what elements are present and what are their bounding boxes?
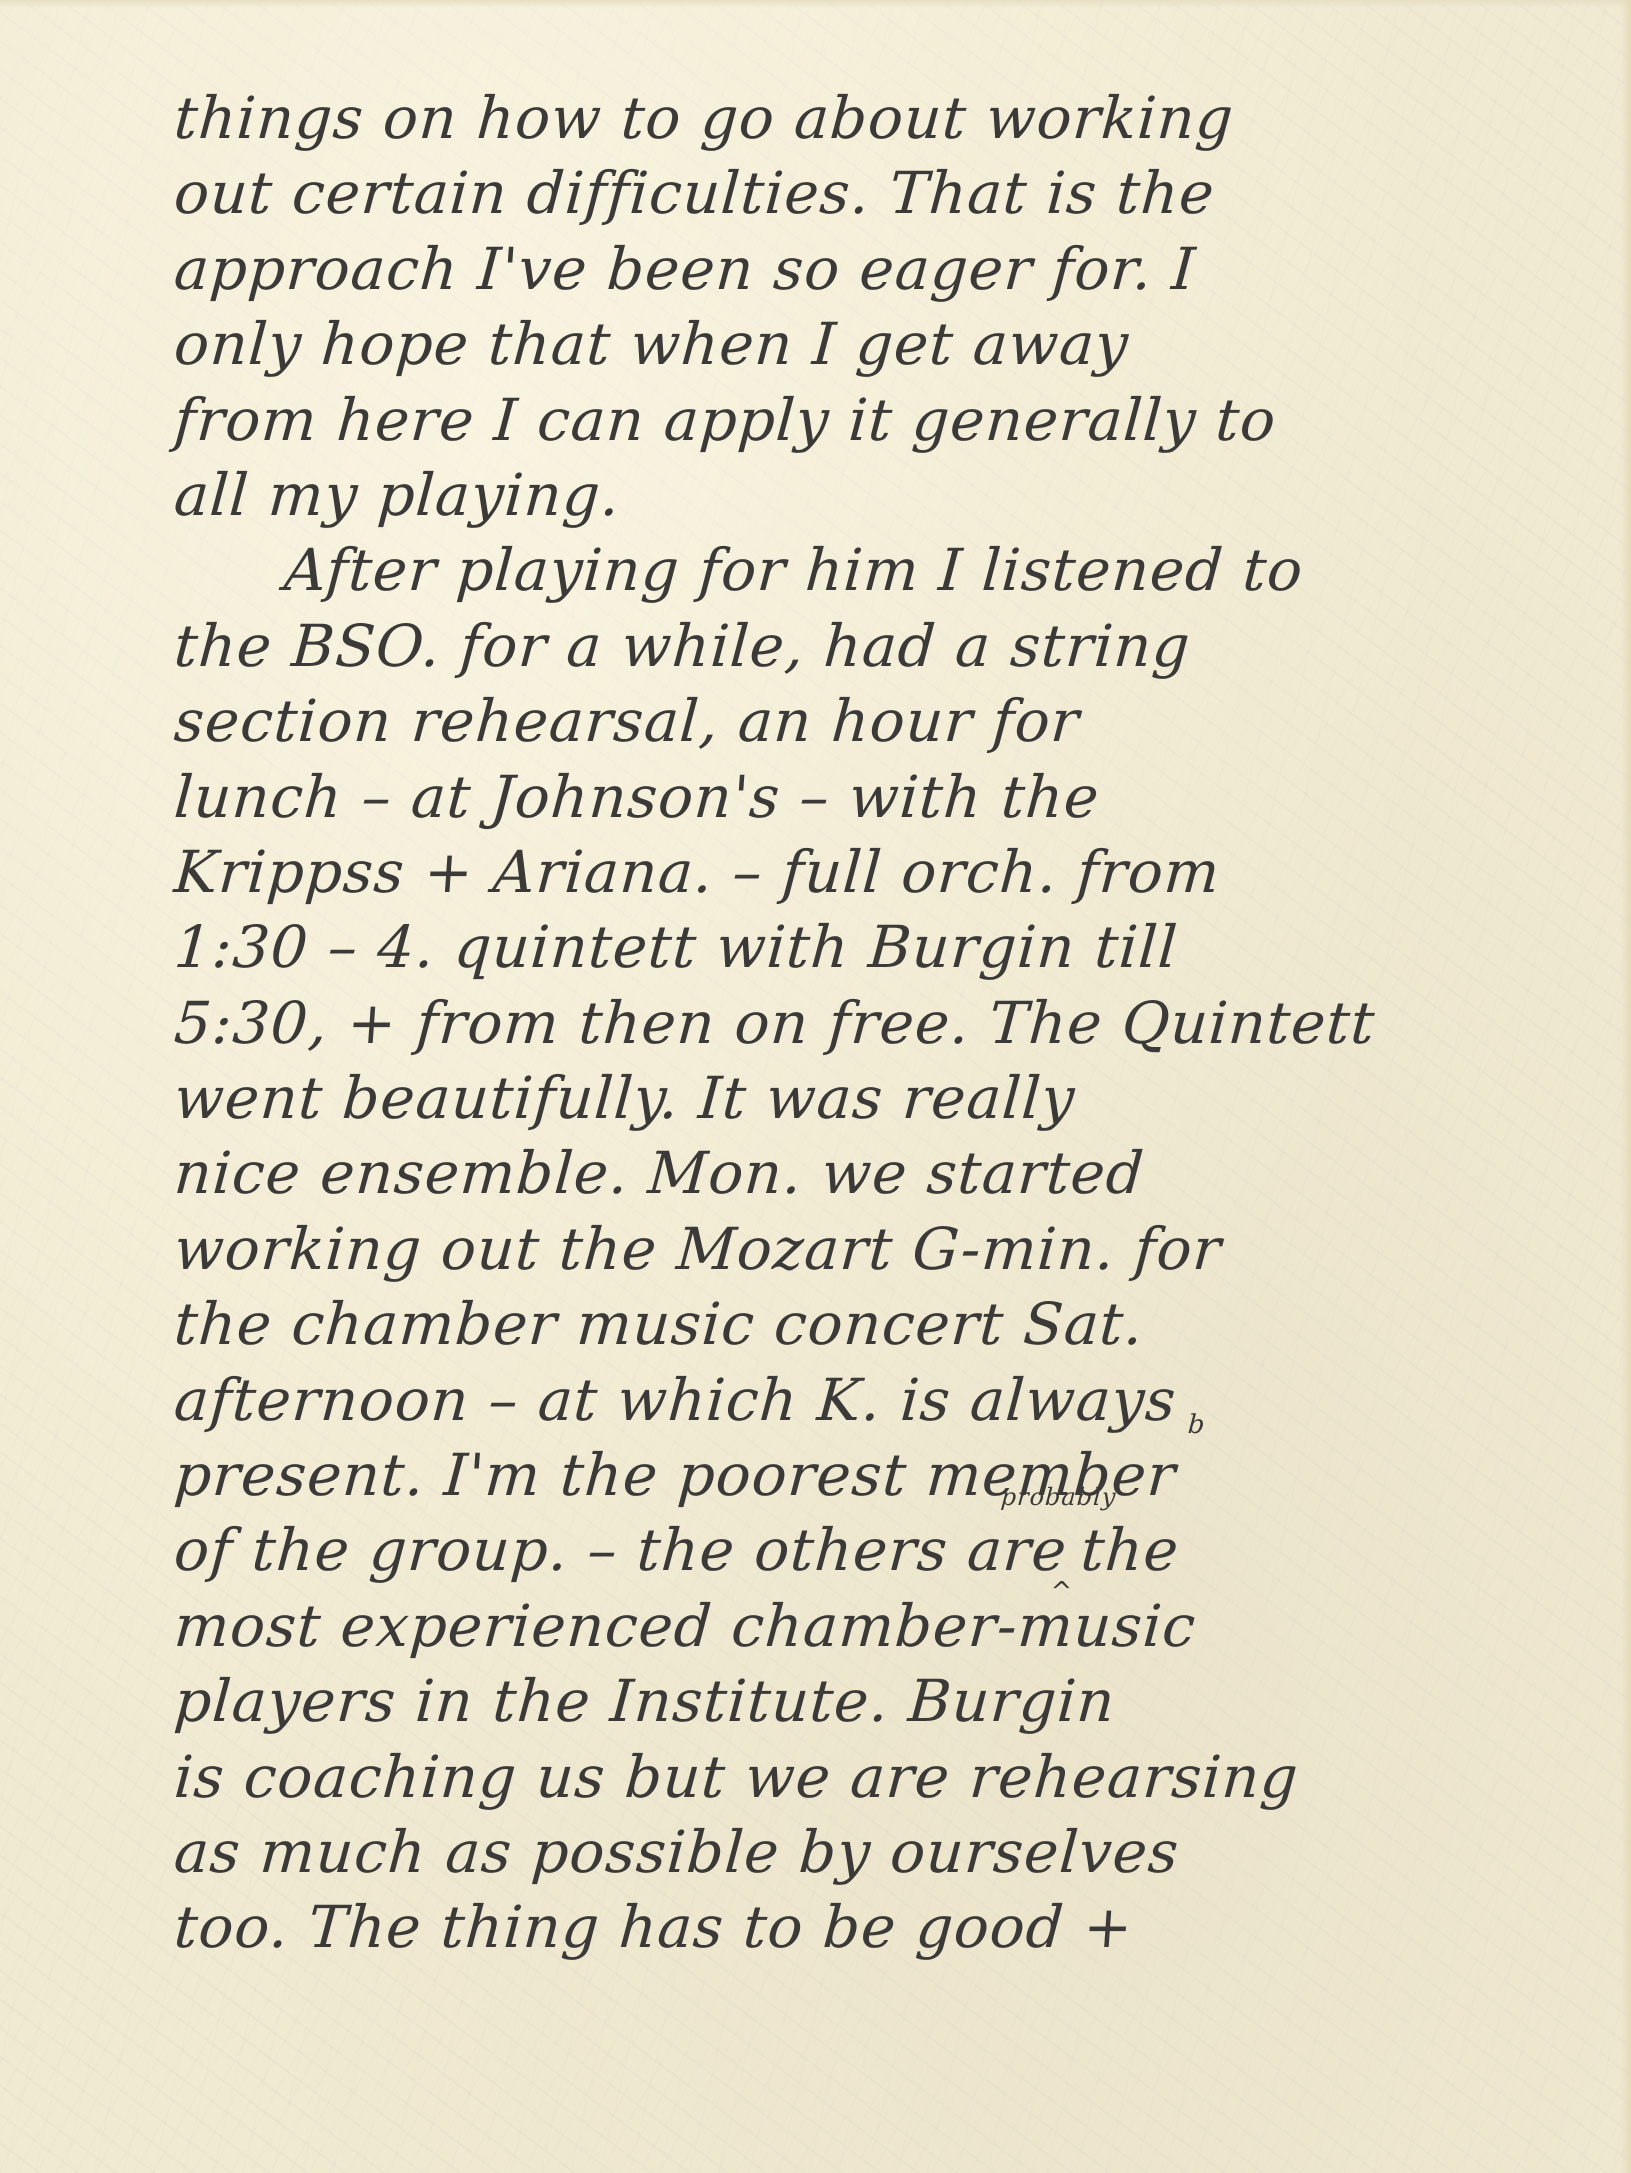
letter-line: things on how to go about working xyxy=(172,72,1477,147)
letter-line: approach I've been so eager for. I xyxy=(172,223,1477,298)
correction-mark: b xyxy=(1187,1412,1206,1438)
paper-top-edge xyxy=(0,0,1631,8)
letter-line: lunch – at Johnson's – with the xyxy=(172,751,1477,826)
letter-line: all my playing. xyxy=(172,449,1477,524)
paragraph-start-line: After playing for him I listened to xyxy=(172,524,1477,599)
paper-right-edge xyxy=(1621,0,1631,2173)
letter-line-with-correction: present. I'm the poorest member b xyxy=(172,1429,1477,1504)
letter-line: went beautifully. It was really xyxy=(172,1052,1477,1127)
letter-line: Krippss + Ariana. – full orch. from xyxy=(172,826,1477,901)
letter-line: section rehearsal, an hour for xyxy=(172,675,1477,750)
letter-line: out certain difficulties. That is the xyxy=(172,147,1477,222)
letter-line: most experienced chamber-music xyxy=(172,1580,1477,1655)
letter-body: things on how to go about working out ce… xyxy=(175,72,1475,1957)
letter-line: 5:30, + from then on free. The Quintett xyxy=(172,977,1477,1052)
letter-line: players in the Institute. Burgin xyxy=(172,1655,1477,1730)
letter-line: 1:30 – 4. quintett with Burgin till xyxy=(172,901,1477,976)
letter-line: the chamber music concert Sat. xyxy=(172,1278,1477,1353)
letter-line: too. The thing has to be good + xyxy=(172,1881,1477,1956)
insertion-group: probably ^ the xyxy=(1065,1522,1181,1580)
inserted-word: probably xyxy=(1000,1486,1117,1510)
letter-line: from here I can apply it generally to xyxy=(172,374,1477,449)
letter-line: the BSO. for a while, had a string xyxy=(172,600,1477,675)
letter-line: is coaching us but we are rehearsing xyxy=(172,1731,1477,1806)
letter-line-with-insertion: of the group. – the others are probably … xyxy=(172,1504,1477,1579)
letter-line: as much as possible by ourselves xyxy=(172,1806,1477,1881)
letter-line: only hope that when I get away xyxy=(172,298,1477,373)
line-tail: the xyxy=(1065,1517,1182,1585)
letter-line: working out the Mozart G-min. for xyxy=(172,1203,1477,1278)
letter-line: nice ensemble. Mon. we started xyxy=(172,1127,1477,1202)
letter-line: afternoon – at which K. is always xyxy=(172,1354,1477,1429)
line-text: of the group. – the others are xyxy=(172,1522,1069,1580)
